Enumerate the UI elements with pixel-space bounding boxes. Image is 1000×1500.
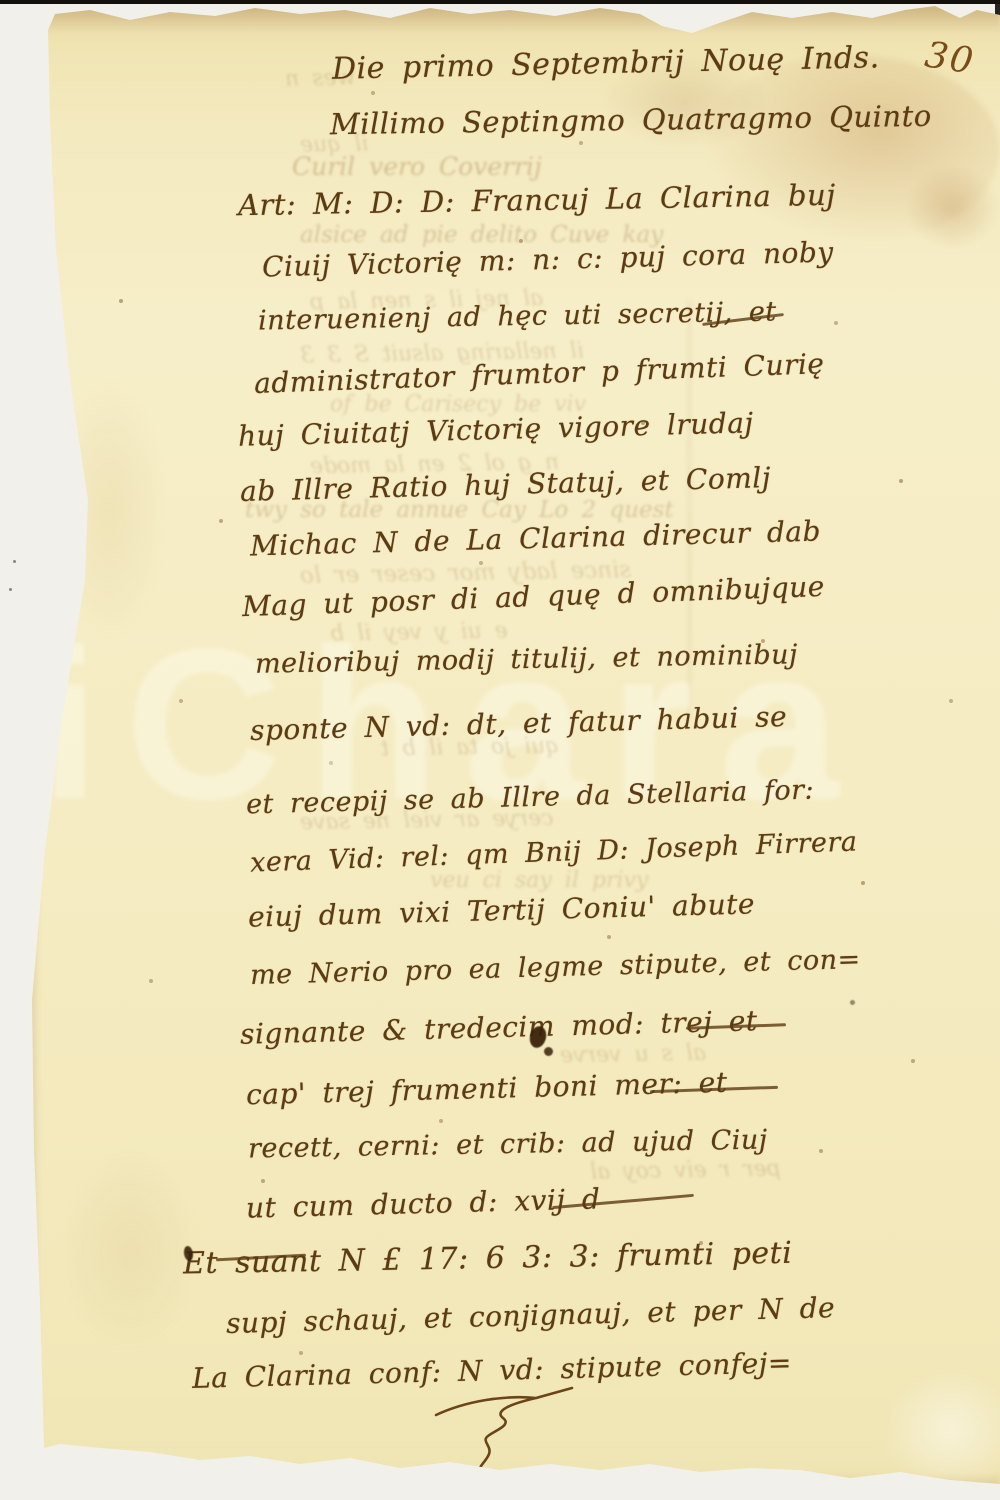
body-line: eiuj dum vixi Tertij Coniu' abute (248, 887, 756, 933)
paper-corner-highlight (880, 1365, 1000, 1495)
body-line: me Nerio pro ea legme stipute, et con= (250, 944, 861, 991)
closing-line: Et suant N £ 17: 6 3: 3: frumti peti (183, 1236, 793, 1282)
page-number: 30 (922, 34, 978, 82)
scanned-manuscript: iChara wes n il que Curil vero Coverrij … (0, 0, 1000, 1500)
background-speck (9, 588, 12, 591)
torn-edge-shading-bottom (30, 1474, 1000, 1488)
bleedthrough-line: Curil vero Coverrij (292, 152, 542, 181)
paper-edge-shading-left (30, 0, 40, 1500)
bleedthrough-line: e ui y vey il b (330, 618, 508, 646)
notary-flourish (432, 1385, 582, 1475)
scanner-edge-top (0, 0, 1000, 4)
ink-blot (544, 1047, 553, 1056)
bleedthrough-line: veu ci say il privy (430, 868, 648, 893)
body-line: huj Ciuitatj Victorię vigore lrudaj (238, 406, 754, 452)
closing-line: supj schauj, et conjignauj, et per N de (226, 1291, 836, 1340)
body-line: cap' trej frumenti boni mer: et (246, 1066, 728, 1112)
paper-stain (905, 165, 1000, 250)
background-speck (13, 560, 16, 563)
bleedthrough-line: al s u verve (560, 1041, 706, 1069)
torn-edge-shading-top (40, 5, 1000, 35)
paper-stain (60, 1150, 200, 1350)
manuscript-page: iChara wes n il que Curil vero Coverrij … (0, 0, 1000, 1500)
ink-blot (850, 1000, 855, 1005)
bleedthrough-line: per r eiv coy al (590, 1156, 781, 1184)
body-line: ut cum ducto d: xvij d (246, 1182, 601, 1224)
